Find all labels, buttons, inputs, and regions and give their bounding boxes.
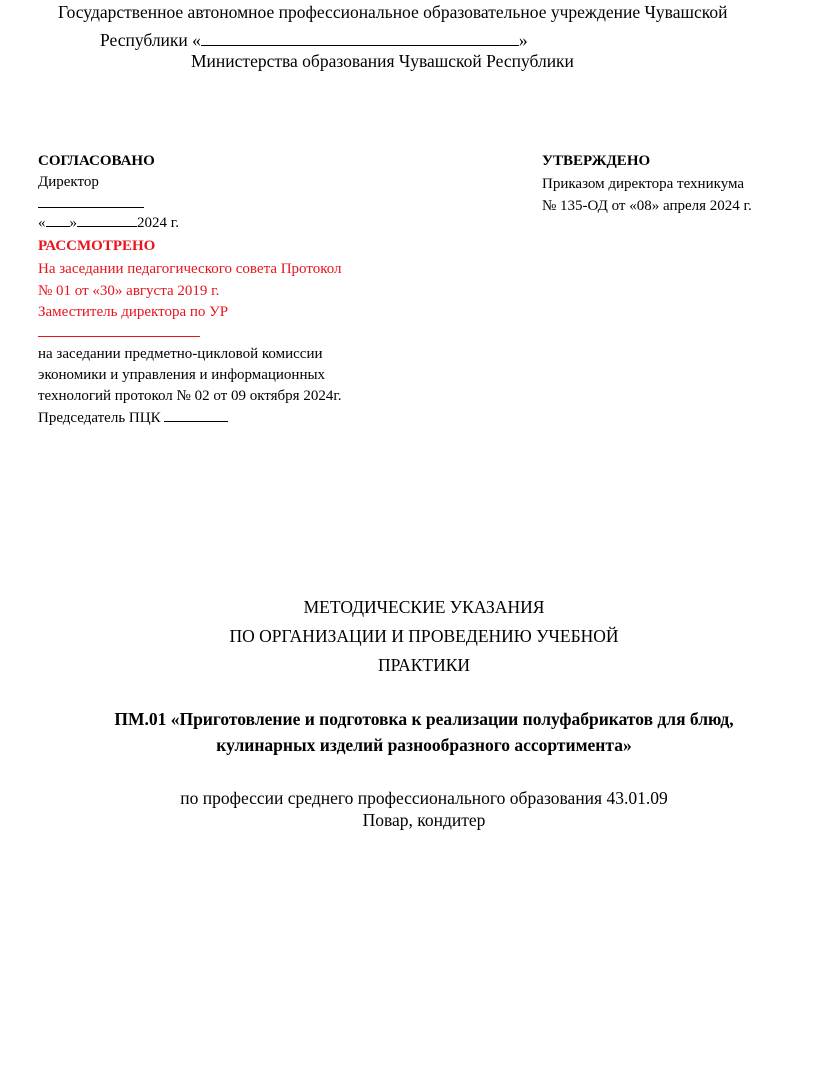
director-signature-line (38, 207, 144, 208)
institution-prefix: Республики « (100, 30, 201, 50)
reviewed-line-1: На заседании педагогического совета Прот… (38, 259, 342, 279)
agreed-title: СОГЛАСОВАНО (38, 151, 155, 171)
document-title-line-2: ПО ОРГАНИЗАЦИИ И ПРОВЕДЕНИЮ УЧЕБНОЙ (0, 621, 816, 651)
chair-signature-blank (164, 407, 228, 422)
approved-line-1: Приказом директора техникума (542, 174, 744, 194)
document-title-line-3: ПРАКТИКИ (0, 650, 816, 680)
month-blank (77, 212, 137, 227)
chair-label: Председатель ПЦК (38, 410, 164, 426)
date-year: 2024 г. (137, 215, 179, 231)
profession-line-2: Повар, кондитер (0, 810, 816, 831)
module-line-2: кулинарных изделий разнообразного ассорт… (0, 733, 816, 758)
date-open-quote: « (38, 215, 46, 231)
institution-line-1: Государственное автономное профессиональ… (58, 2, 727, 23)
agreed-date: «»2024 г. (38, 212, 179, 233)
agreed-role: Директор (38, 172, 99, 192)
day-blank (46, 212, 70, 227)
commission-line-1: на заседании предметно-цикловой комиссии (38, 344, 323, 364)
institution-line-2: Республики «» (100, 30, 528, 51)
document-title-line-1: МЕТОДИЧЕСКИЕ УКАЗАНИЯ (0, 592, 816, 622)
commission-line-2: экономики и управления и информационных (38, 365, 325, 385)
reviewed-line-3: Заместитель директора по УР (38, 302, 228, 322)
deputy-signature-line (38, 336, 200, 337)
approved-title: УТВЕРЖДЕНО (542, 151, 650, 171)
ministry-line: Министерства образования Чувашской Респу… (191, 51, 574, 72)
date-close-quote: » (70, 215, 78, 231)
approved-line-2: № 135-ОД от «08» апреля 2024 г. (542, 196, 752, 216)
reviewed-line-2: № 01 от «30» августа 2019 г. (38, 281, 219, 301)
reviewed-title: РАССМОТРЕНО (38, 236, 155, 256)
profession-line-1: по профессии среднего профессионального … (0, 788, 816, 809)
commission-line-3: технологий протокол № 02 от 09 октября 2… (38, 386, 342, 406)
commission-chair: Председатель ПЦК (38, 407, 228, 428)
institution-suffix: » (519, 30, 528, 50)
institution-name-blank (201, 31, 519, 46)
module-line-1: ПМ.01 «Приготовление и подготовка к реал… (0, 707, 816, 732)
